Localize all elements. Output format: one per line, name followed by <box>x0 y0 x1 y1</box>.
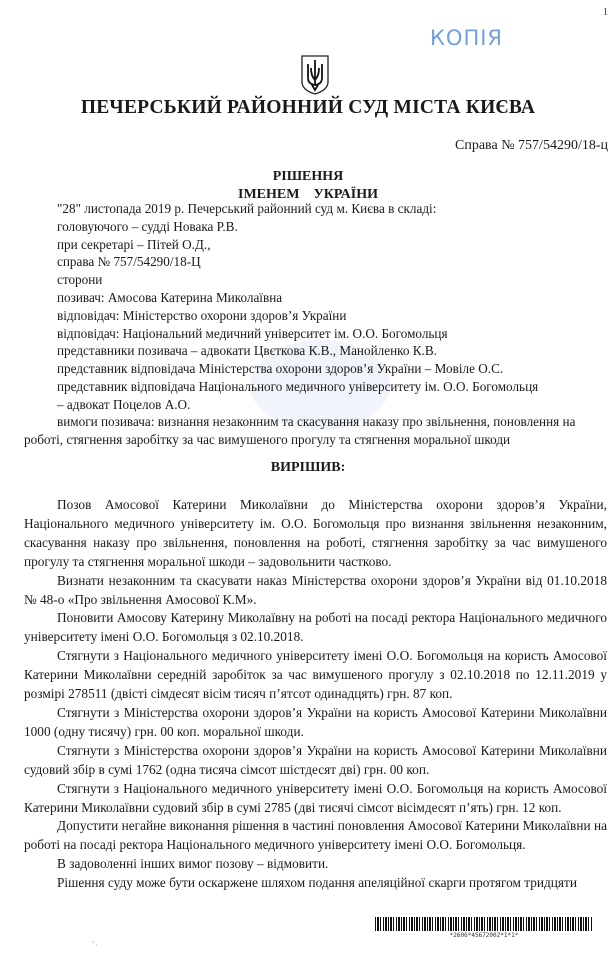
decision-body: Позов Амосової Катерини Миколаївни до Мі… <box>24 496 607 893</box>
header-line: представники позивача – адвокати Цвєтков… <box>57 342 538 360</box>
header-line: – адвокат Поцелов А.О. <box>57 396 538 414</box>
header-line: відповідач: Національний медичний універ… <box>57 325 538 343</box>
document-page: 1 КОПІЯ ПЕЧЕРСЬКИЙ РАЙОННИЙ СУД МІСТА КИ… <box>0 0 616 960</box>
decision-paragraph: Поновити Амосову Катерину Миколаївну на … <box>24 609 607 647</box>
header-line: "28" листопада 2019 р. Печерський районн… <box>57 200 538 218</box>
decision-paragraph: Стягнути з Національного медичного уніве… <box>24 647 607 704</box>
header-line: позивач: Амосова Катерина Миколаївна <box>57 289 538 307</box>
header-line: відповідач: Міністерство охорони здоров’… <box>57 307 538 325</box>
plaintiff-claims: вимоги позивача: визнання незаконним та … <box>24 413 604 449</box>
case-reference: Справа № 757/54290/18-ц <box>455 138 608 154</box>
decision-paragraph: Стягнути з Міністерства охорони здоров’я… <box>24 742 607 780</box>
header-line: представник відповідача Національного ме… <box>57 378 538 396</box>
copy-stamp: КОПІЯ <box>430 26 503 50</box>
header-line: справа № 757/54290/18-Ц <box>57 253 538 271</box>
decision-paragraph: Допустити негайне виконання рішення в ча… <box>24 817 607 855</box>
decision-paragraph: Визнати незаконним та скасувати наказ Мі… <box>24 572 607 610</box>
barcode <box>375 917 593 931</box>
court-title: ПЕЧЕРСЬКИЙ РАЙОННИЙ СУД МІСТА КИЄВА <box>0 97 616 119</box>
decision-paragraph: В задоволенні інших вимог позову – відмо… <box>24 855 607 874</box>
decision-paragraph: Рішення суду може бути оскаржене шляхом … <box>24 874 607 893</box>
resolved-heading: ВИРІШИВ: <box>0 460 616 476</box>
header-line: сторони <box>57 271 538 289</box>
decision-paragraph: Стягнути з Міністерства охорони здоров’я… <box>24 704 607 742</box>
header-line: представник відповідача Міністерства охо… <box>57 360 538 378</box>
scan-artifact: ˘· <box>92 940 98 950</box>
header-line: при секретарі – Пітей О.Д., <box>57 236 538 254</box>
decision-title: РІШЕННЯ ІМЕНЕМ УКРАЇНИ <box>0 168 616 204</box>
case-header: "28" листопада 2019 р. Печерський районн… <box>57 200 538 414</box>
header-line: головуючого – судді Новака Р.В. <box>57 218 538 236</box>
decision-paragraph: Стягнути з Національного медичного уніве… <box>24 780 607 818</box>
barcode-text: *2606*45672002*1*1* <box>375 932 593 939</box>
page-number: 1 <box>603 7 608 18</box>
decision-title-line: РІШЕННЯ <box>0 168 616 186</box>
coat-of-arms-icon <box>300 54 330 96</box>
decision-paragraph: Позов Амосової Катерини Миколаївни до Мі… <box>24 496 607 572</box>
